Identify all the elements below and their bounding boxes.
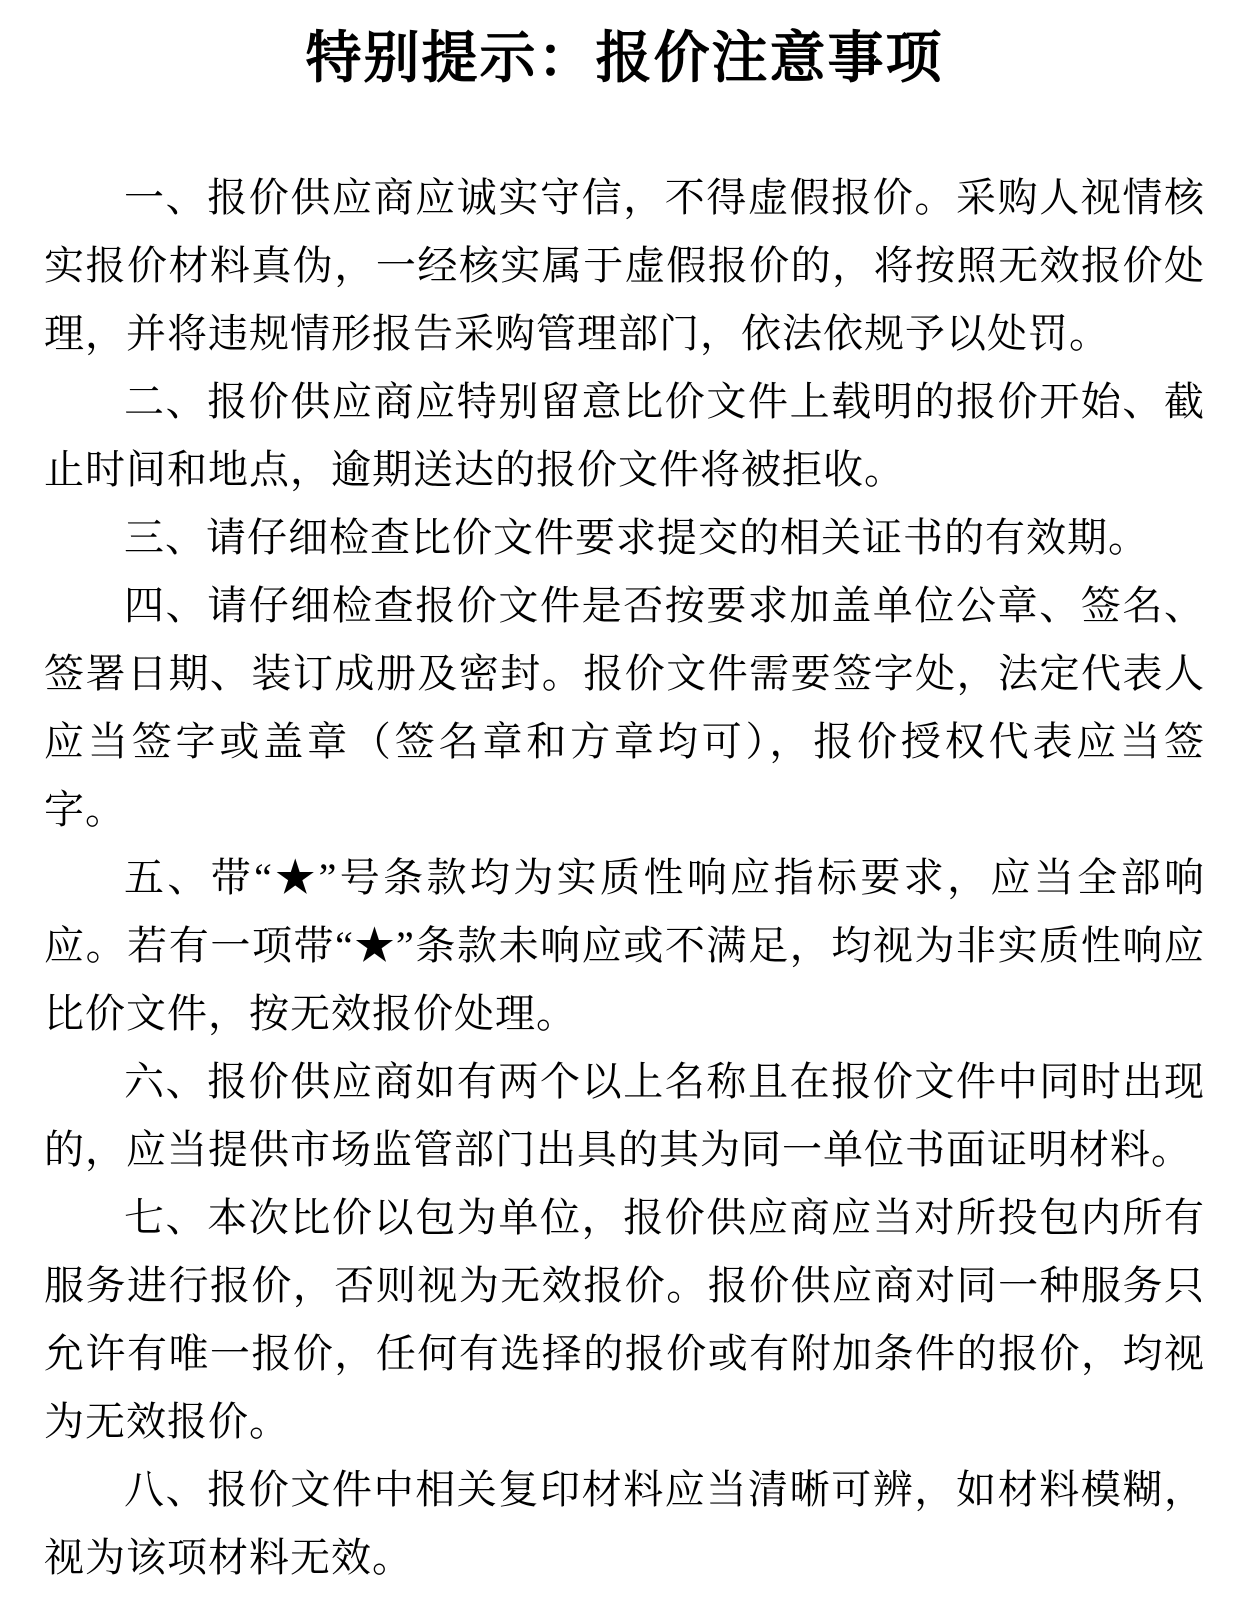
paragraph-4: 四、请仔细检查报价文件是否按要求加盖单位公章、签名、签署日期、装订成册及密封。报… (44, 572, 1205, 844)
paragraph-2: 二、报价供应商应特别留意比价文件上载明的报价开始、截止时间和地点，逾期送达的报价… (44, 368, 1205, 504)
paragraph-7: 七、本次比价以包为单位，报价供应商应当对所投包内所有服务进行报价，否则视为无效报… (44, 1184, 1205, 1456)
document-page: 特别提示：报价注意事项 一、报价供应商应诚实守信，不得虚假报价。采购人视情核实报… (0, 0, 1237, 1610)
paragraph-1: 一、报价供应商应诚实守信，不得虚假报价。采购人视情核实报价材料真伪，一经核实属于… (44, 164, 1205, 368)
document-body: 一、报价供应商应诚实守信，不得虚假报价。采购人视情核实报价材料真伪，一经核实属于… (44, 164, 1205, 1592)
paragraph-6: 六、报价供应商如有两个以上名称且在报价文件中同时出现的，应当提供市场监管部门出具… (44, 1048, 1205, 1184)
document-title: 特别提示：报价注意事项 (44, 24, 1205, 94)
paragraph-3: 三、请仔细检查比价文件要求提交的相关证书的有效期。 (44, 504, 1205, 572)
paragraph-8: 八、报价文件中相关复印材料应当清晰可辨，如材料模糊，视为该项材料无效。 (44, 1456, 1205, 1592)
paragraph-5: 五、带“★”号条款均为实质性响应指标要求，应当全部响应。若有一项带“★”条款未响… (44, 844, 1205, 1048)
